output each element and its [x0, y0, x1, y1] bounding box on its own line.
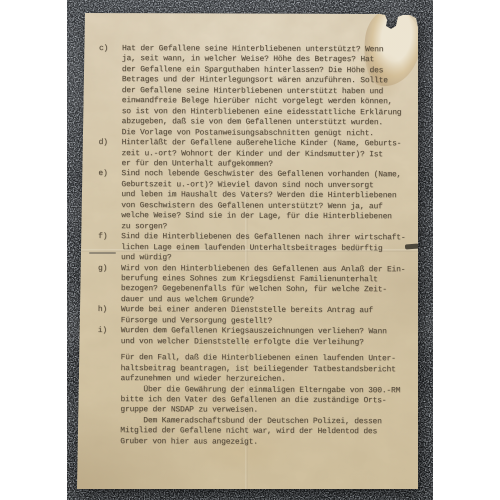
item-text: Wurde bei einer anderen Dienststelle ber…: [121, 305, 373, 327]
item-text: Sind die Hinterbliebenen des Gefallenen …: [121, 232, 405, 265]
item-label: d): [98, 138, 121, 169]
item-label: i): [98, 326, 121, 347]
typewritten-text: c) Hat der Gefallene seine Hinterblieben…: [97, 44, 407, 449]
item-label: f): [98, 232, 121, 263]
photo: c) Hat der Gefallene seine Hinterblieben…: [67, 0, 433, 500]
item-text: Hinterläßt der Gefallene außereheliche K…: [121, 138, 401, 171]
item-text: Hat der Gefallene seine Hinterbliebenen …: [122, 44, 402, 139]
questionnaire-item-g: g) Wird von den Hinterbliebenen des Gefa…: [98, 264, 406, 307]
questionnaire-item-e: e) Sind noch lebende Geschwister des Gef…: [98, 169, 406, 233]
photo-frame: c) Hat der Gefallene seine Hinterblieben…: [0, 0, 500, 500]
questionnaire-item-f: f) Sind die Hinterbliebenen des Gefallen…: [98, 232, 406, 265]
closing-paragraph-1: Für den Fall, daß die Hinterbliebenen ei…: [121, 353, 406, 386]
questionnaire-item-i: i) Wurden dem Gefallenen Kriegsauszeichn…: [98, 326, 406, 348]
document-paper: c) Hat der Gefallene seine Hinterblieben…: [77, 13, 418, 489]
closing-paragraph-2: Über die Gewährung der einmaligen Eltern…: [120, 385, 405, 418]
questionnaire-item-d: d) Hinterläßt der Gefallene außerehelich…: [98, 138, 406, 171]
item-text: Wird von den Hinterbliebenen des Gefalle…: [121, 264, 405, 307]
item-label: e): [98, 169, 121, 232]
closing-paragraph-3: Dem Kameradschaftsbund der Deutschen Pol…: [120, 416, 405, 449]
questionnaire-item-h: h) Wurde bei einer anderen Dienststelle …: [98, 305, 406, 327]
fold-mark-right-edge: [405, 244, 419, 250]
item-label: h): [98, 305, 121, 326]
item-label: c): [99, 44, 122, 138]
questionnaire-item-c: c) Hat der Gefallene seine Hinterblieben…: [99, 44, 407, 139]
item-label: g): [98, 264, 121, 306]
document-paper-wrapper: c) Hat der Gefallene seine Hinterblieben…: [77, 13, 418, 489]
item-text: Wurden dem Gefallenen Kriegsauszeichnung…: [121, 326, 387, 348]
item-text: Sind noch lebende Geschwister des Gefall…: [121, 170, 401, 234]
